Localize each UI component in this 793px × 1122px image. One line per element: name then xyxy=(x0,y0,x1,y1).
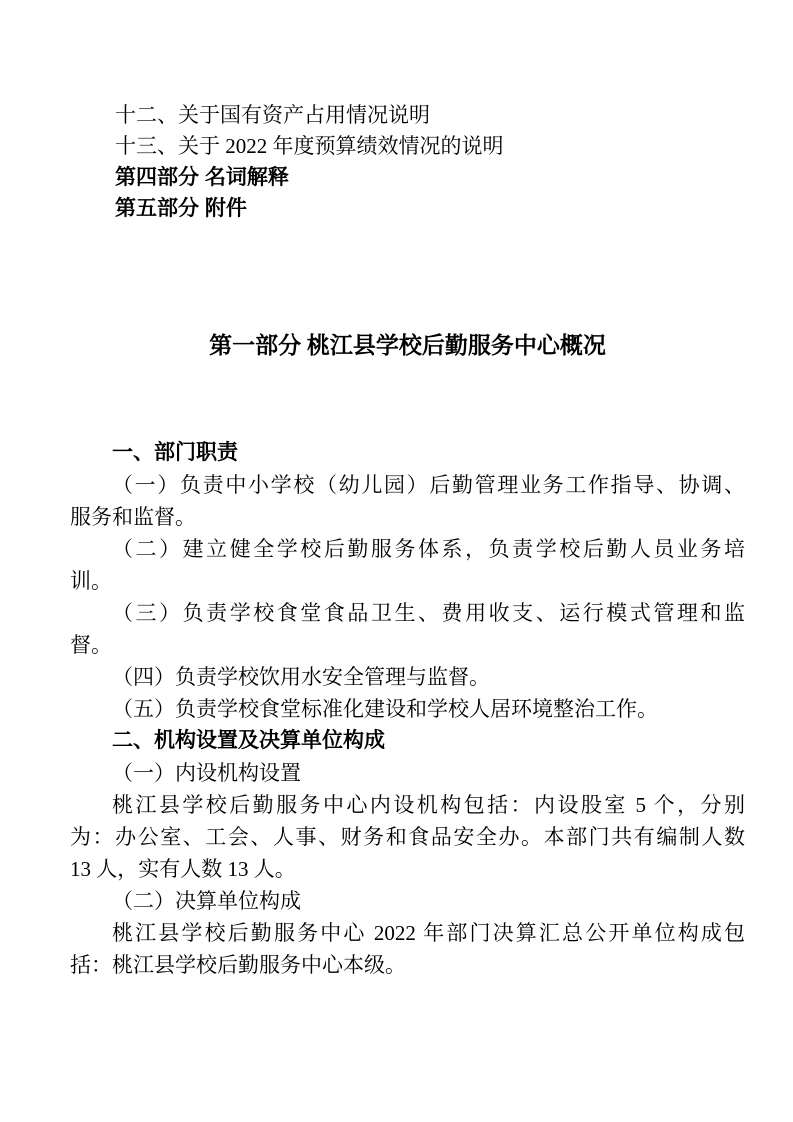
toc-item-13: 十三、关于 2022 年度预算绩效情况的说明 xyxy=(70,131,745,162)
body-line: 督。 xyxy=(70,629,745,661)
body-subheading: （二）决算单位构成 xyxy=(70,885,745,917)
body-line: （三）负责学校食堂食品卫生、费用收支、运行模式管理和监 xyxy=(70,597,745,629)
body-line: 桃江县学校后勤服务中心 2022 年部门决算汇总公开单位构成包 xyxy=(70,917,745,949)
section-title: 第一部分 桃江县学校后勤服务中心概况 xyxy=(70,329,745,363)
document-body: 一、部门职责 （一）负责中小学校（幼儿园）后勤管理业务工作指导、协调、 服务和监… xyxy=(70,437,745,981)
body-line: 服务和监督。 xyxy=(70,501,745,533)
toc-item-part5: 第五部分 附件 xyxy=(70,193,745,224)
body-line: 13 人，实有人数 13 人。 xyxy=(70,853,745,885)
body-line: 训。 xyxy=(70,565,745,597)
body-line: 为：办公室、工会、人事、财务和食品安全办。本部门共有编制人数 xyxy=(70,821,745,853)
body-line: （四）负责学校饮用水安全管理与监督。 xyxy=(70,661,745,693)
table-of-contents: 十二、关于国有资产占用情况说明 十三、关于 2022 年度预算绩效情况的说明 第… xyxy=(70,100,745,224)
body-line: 括：桃江县学校后勤服务中心本级。 xyxy=(70,949,745,981)
body-line: 桃江县学校后勤服务中心内设机构包括：内设股室 5 个，分别 xyxy=(70,789,745,821)
document-page: 十二、关于国有资产占用情况说明 十三、关于 2022 年度预算绩效情况的说明 第… xyxy=(0,0,793,1122)
body-line: （五）负责学校食堂标准化建设和学校人居环境整治工作。 xyxy=(70,693,745,725)
toc-item-12: 十二、关于国有资产占用情况说明 xyxy=(70,100,745,131)
toc-item-part4: 第四部分 名词解释 xyxy=(70,162,745,193)
body-heading-2: 二、机构设置及决算单位构成 xyxy=(70,725,745,757)
body-subheading: （一）内设机构设置 xyxy=(70,757,745,789)
body-heading-1: 一、部门职责 xyxy=(70,437,745,469)
body-line: （一）负责中小学校（幼儿园）后勤管理业务工作指导、协调、 xyxy=(70,469,745,501)
body-line: （二）建立健全学校后勤服务体系，负责学校后勤人员业务培 xyxy=(70,533,745,565)
